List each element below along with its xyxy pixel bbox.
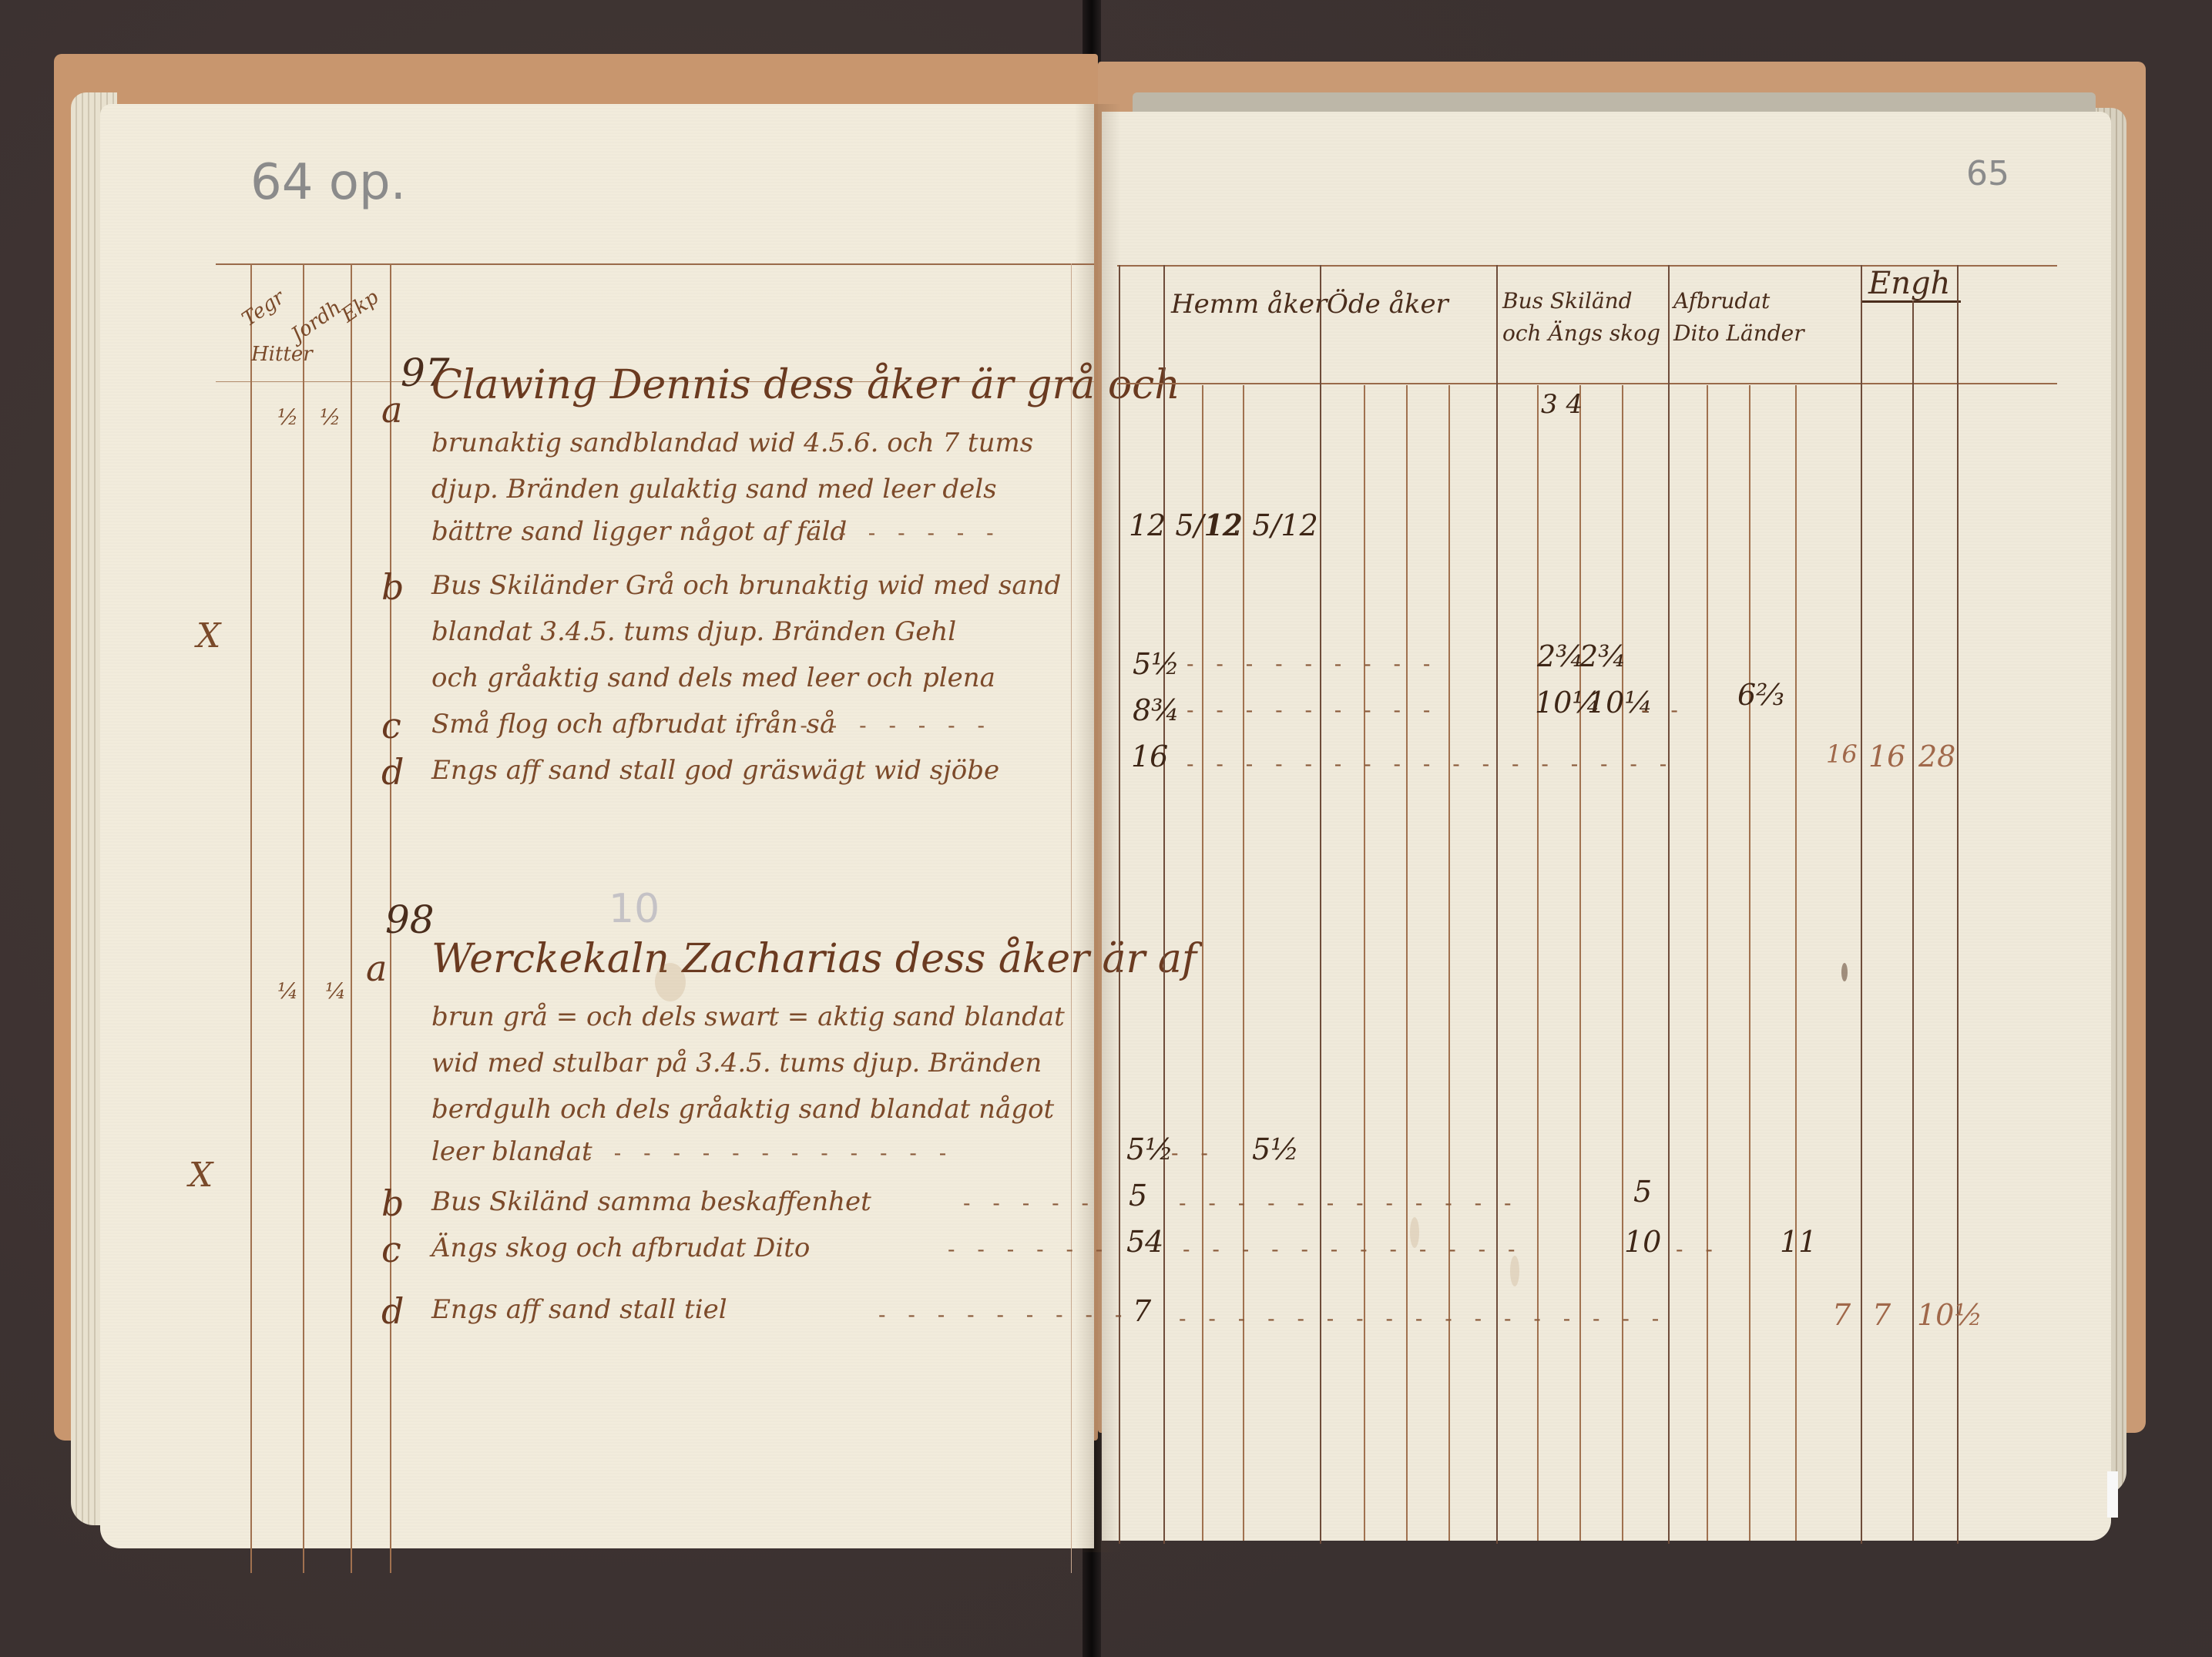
- right-col-rule-1: [1163, 265, 1165, 1544]
- ink-stain: [1410, 1217, 1419, 1248]
- margin-mark-97: X: [196, 616, 220, 656]
- right-folio-number: 65: [1966, 154, 2009, 193]
- right-col-rule-9: [1537, 385, 1539, 1541]
- leader-dashes: - - - - - - - -: [770, 713, 992, 738]
- value-98d-engh-2: 7: [1872, 1298, 1891, 1332]
- left-header-col-4: Hitter: [251, 343, 313, 366]
- leader-dashes: - - - - - -: [948, 1236, 1110, 1262]
- right-col-rule-10: [1579, 385, 1581, 1541]
- entry-97a-line-2: brunaktig sandblandad wid 4.5.6. och 7 t…: [431, 428, 1033, 458]
- value-98a-ode: 5½: [1252, 1132, 1299, 1166]
- item-letter-97a: a: [381, 389, 402, 431]
- value-98d-engh-1: 7: [1832, 1298, 1851, 1332]
- entry-98c-line-1: Ängs skog och afbrudat Dito: [431, 1233, 810, 1263]
- faint-mirror-number: 10: [609, 886, 660, 932]
- leader-dashes: - - - - -: [963, 1190, 1096, 1216]
- row-dashes: - - - - - - - - -: [1187, 697, 1438, 723]
- item-letter-98c: c: [381, 1229, 401, 1270]
- right-col-rule-6: [1406, 385, 1408, 1541]
- entry-97a-line-3: djup. Bränden gulaktig sand med leer del…: [431, 474, 997, 505]
- entry-97a-line-4: bättre sand ligger något af fäld: [431, 516, 847, 547]
- right-col-rule-14: [1749, 385, 1750, 1541]
- entry-98b-line-1: Bus Skiländ samma beskaffenhet: [431, 1186, 871, 1217]
- margin-fraction-98-2: ¼: [325, 978, 346, 1004]
- entry-98d-line-1: Engs aff sand stall tiel: [431, 1294, 727, 1325]
- margin-fraction-97-2: ½: [320, 404, 341, 430]
- left-col-rule-1: [250, 263, 252, 1573]
- item-letter-97d: d: [381, 751, 404, 793]
- right-header-bottom-rule: [1117, 383, 2057, 384]
- right-col-rule-7: [1448, 385, 1450, 1541]
- ink-stain: [1510, 1256, 1519, 1286]
- leader-dashes: - - - - - - - - -: [878, 1302, 1129, 1327]
- value-97b-hemm: 5½: [1133, 647, 1180, 681]
- margin-fraction-98-1: ¼: [277, 978, 298, 1004]
- value-97d-engh-1: 16: [1826, 740, 1858, 769]
- row-dashes: - - - - - - - - - - - -: [1179, 1190, 1519, 1216]
- row-dashes: - -: [1641, 697, 1686, 723]
- row-dashes: - - - - - - - - - - - - - - - - -: [1179, 1306, 1667, 1331]
- left-col-rule-2: [303, 263, 304, 1573]
- value-98d-hemm: 7: [1133, 1294, 1151, 1328]
- entry-98a-line-3: wid med stulbar på 3.4.5. tums djup. Brä…: [431, 1048, 1042, 1078]
- right-col-rule-11: [1622, 385, 1623, 1541]
- ink-stain: [655, 963, 686, 1001]
- entry-98a-line-2: brun grå = och dels swart = aktig sand b…: [431, 1001, 1065, 1032]
- row-dashes: - - - - - - - - - - - - - - - - -: [1187, 751, 1674, 777]
- row-dashes: - - - - - - - - -: [1187, 651, 1438, 676]
- value-98c-afbrudat: 11: [1780, 1225, 1817, 1259]
- right-header-ode-aker: Öde åker: [1327, 289, 1448, 320]
- right-col-rule-18: [1957, 265, 1959, 1544]
- leader-dashes: - - - - - - -: [809, 520, 1002, 545]
- right-col-rule-5: [1364, 385, 1365, 1541]
- row-dashes: - -: [1171, 1140, 1216, 1166]
- value-97d-engh-3: 28: [1918, 740, 1955, 773]
- entry-97b-line-1: Bus Skiländer Grå och brunaktig wid med …: [431, 570, 1061, 601]
- right-col-rule-3: [1243, 385, 1244, 1541]
- right-col-rule-12: [1668, 265, 1670, 1544]
- entry-98a-line-4: berdgulh och dels gråaktig sand blandat …: [431, 1094, 1054, 1125]
- value-97a-ode: 12 5/12: [1206, 508, 1318, 542]
- right-col-rule-13: [1707, 385, 1708, 1541]
- value-98a-hemm: 5½: [1126, 1132, 1173, 1166]
- item-letter-98b: b: [381, 1182, 404, 1224]
- value-98c-hemm: 54: [1126, 1225, 1163, 1259]
- gutter-shadow: [1075, 104, 1121, 1552]
- value-97c-afbrudat: 6⅔: [1737, 678, 1784, 712]
- row-dashes: - -: [1676, 1236, 1720, 1262]
- entry-97b-line-3: och gråaktig sand dels med leer och plen…: [431, 662, 995, 693]
- value-97d-engh-2: 16: [1868, 740, 1905, 773]
- right-header-bus-skiland: Bus Skiländ och Ängs skog: [1502, 285, 1664, 350]
- right-col-rule-4: [1320, 265, 1321, 1544]
- left-col-rule-3: [351, 263, 352, 1573]
- margin-fraction-97-1: ½: [277, 404, 298, 430]
- value-97b-bus-2: 2¾: [1579, 639, 1626, 673]
- value-98b-hemm: 5: [1129, 1179, 1147, 1213]
- item-letter-97b: b: [381, 566, 404, 608]
- entry-97a-line-1: Clawing Dennis dess åker är grå och: [431, 362, 1180, 408]
- right-col-rule-15: [1795, 385, 1797, 1541]
- margin-mark-98: X: [189, 1156, 213, 1195]
- value-98d-engh-3: 10½: [1917, 1298, 1982, 1332]
- header-mark-3-4: 3 4: [1541, 389, 1583, 420]
- left-faint-rule: [1071, 263, 1072, 1573]
- item-letter-98d: d: [381, 1290, 404, 1332]
- right-header-engh: Engh: [1868, 266, 1950, 301]
- entry-number-98: 98: [385, 897, 435, 942]
- entry-97b-line-2: blandat 3.4.5. tums djup. Bränden Gehl: [431, 616, 956, 647]
- item-letter-97c: c: [381, 705, 401, 746]
- entry-98a-line-1: Werckekaln Zacharias dess åker är af: [431, 936, 1197, 982]
- right-header-hemm-aker: Hemm åker: [1171, 289, 1327, 320]
- value-97d-hemm: 16: [1131, 740, 1168, 773]
- row-dashes: - - - - - - - - - - - -: [1183, 1236, 1522, 1262]
- entry-97d-line-1: Engs aff sand stall god gräswägt wid sjö…: [431, 755, 999, 786]
- right-col-rule-16: [1861, 265, 1862, 1544]
- left-header-top-rule: [216, 263, 1094, 265]
- left-folio-number: 64 op.: [250, 154, 406, 211]
- value-97b-bus: 2¾: [1537, 639, 1584, 673]
- right-col-rule-8: [1496, 265, 1498, 1544]
- item-letter-98a: a: [366, 948, 387, 989]
- right-col-rule-0: [1119, 265, 1120, 1544]
- ink-speck: [1841, 963, 1848, 981]
- right-col-rule-17: [1912, 300, 1914, 1541]
- value-97c-hemm: 8¾: [1133, 693, 1180, 727]
- white-tab-marker: [2107, 1471, 2118, 1518]
- value-98b-bus: 5: [1633, 1175, 1652, 1209]
- right-col-rule-2: [1202, 385, 1203, 1541]
- leader-dashes: - - - - - - - - - - - - - -: [555, 1140, 954, 1166]
- value-98c-bus: 10: [1624, 1225, 1661, 1259]
- right-header-afbrudat: Afbrudat Dito Länder: [1673, 285, 1820, 350]
